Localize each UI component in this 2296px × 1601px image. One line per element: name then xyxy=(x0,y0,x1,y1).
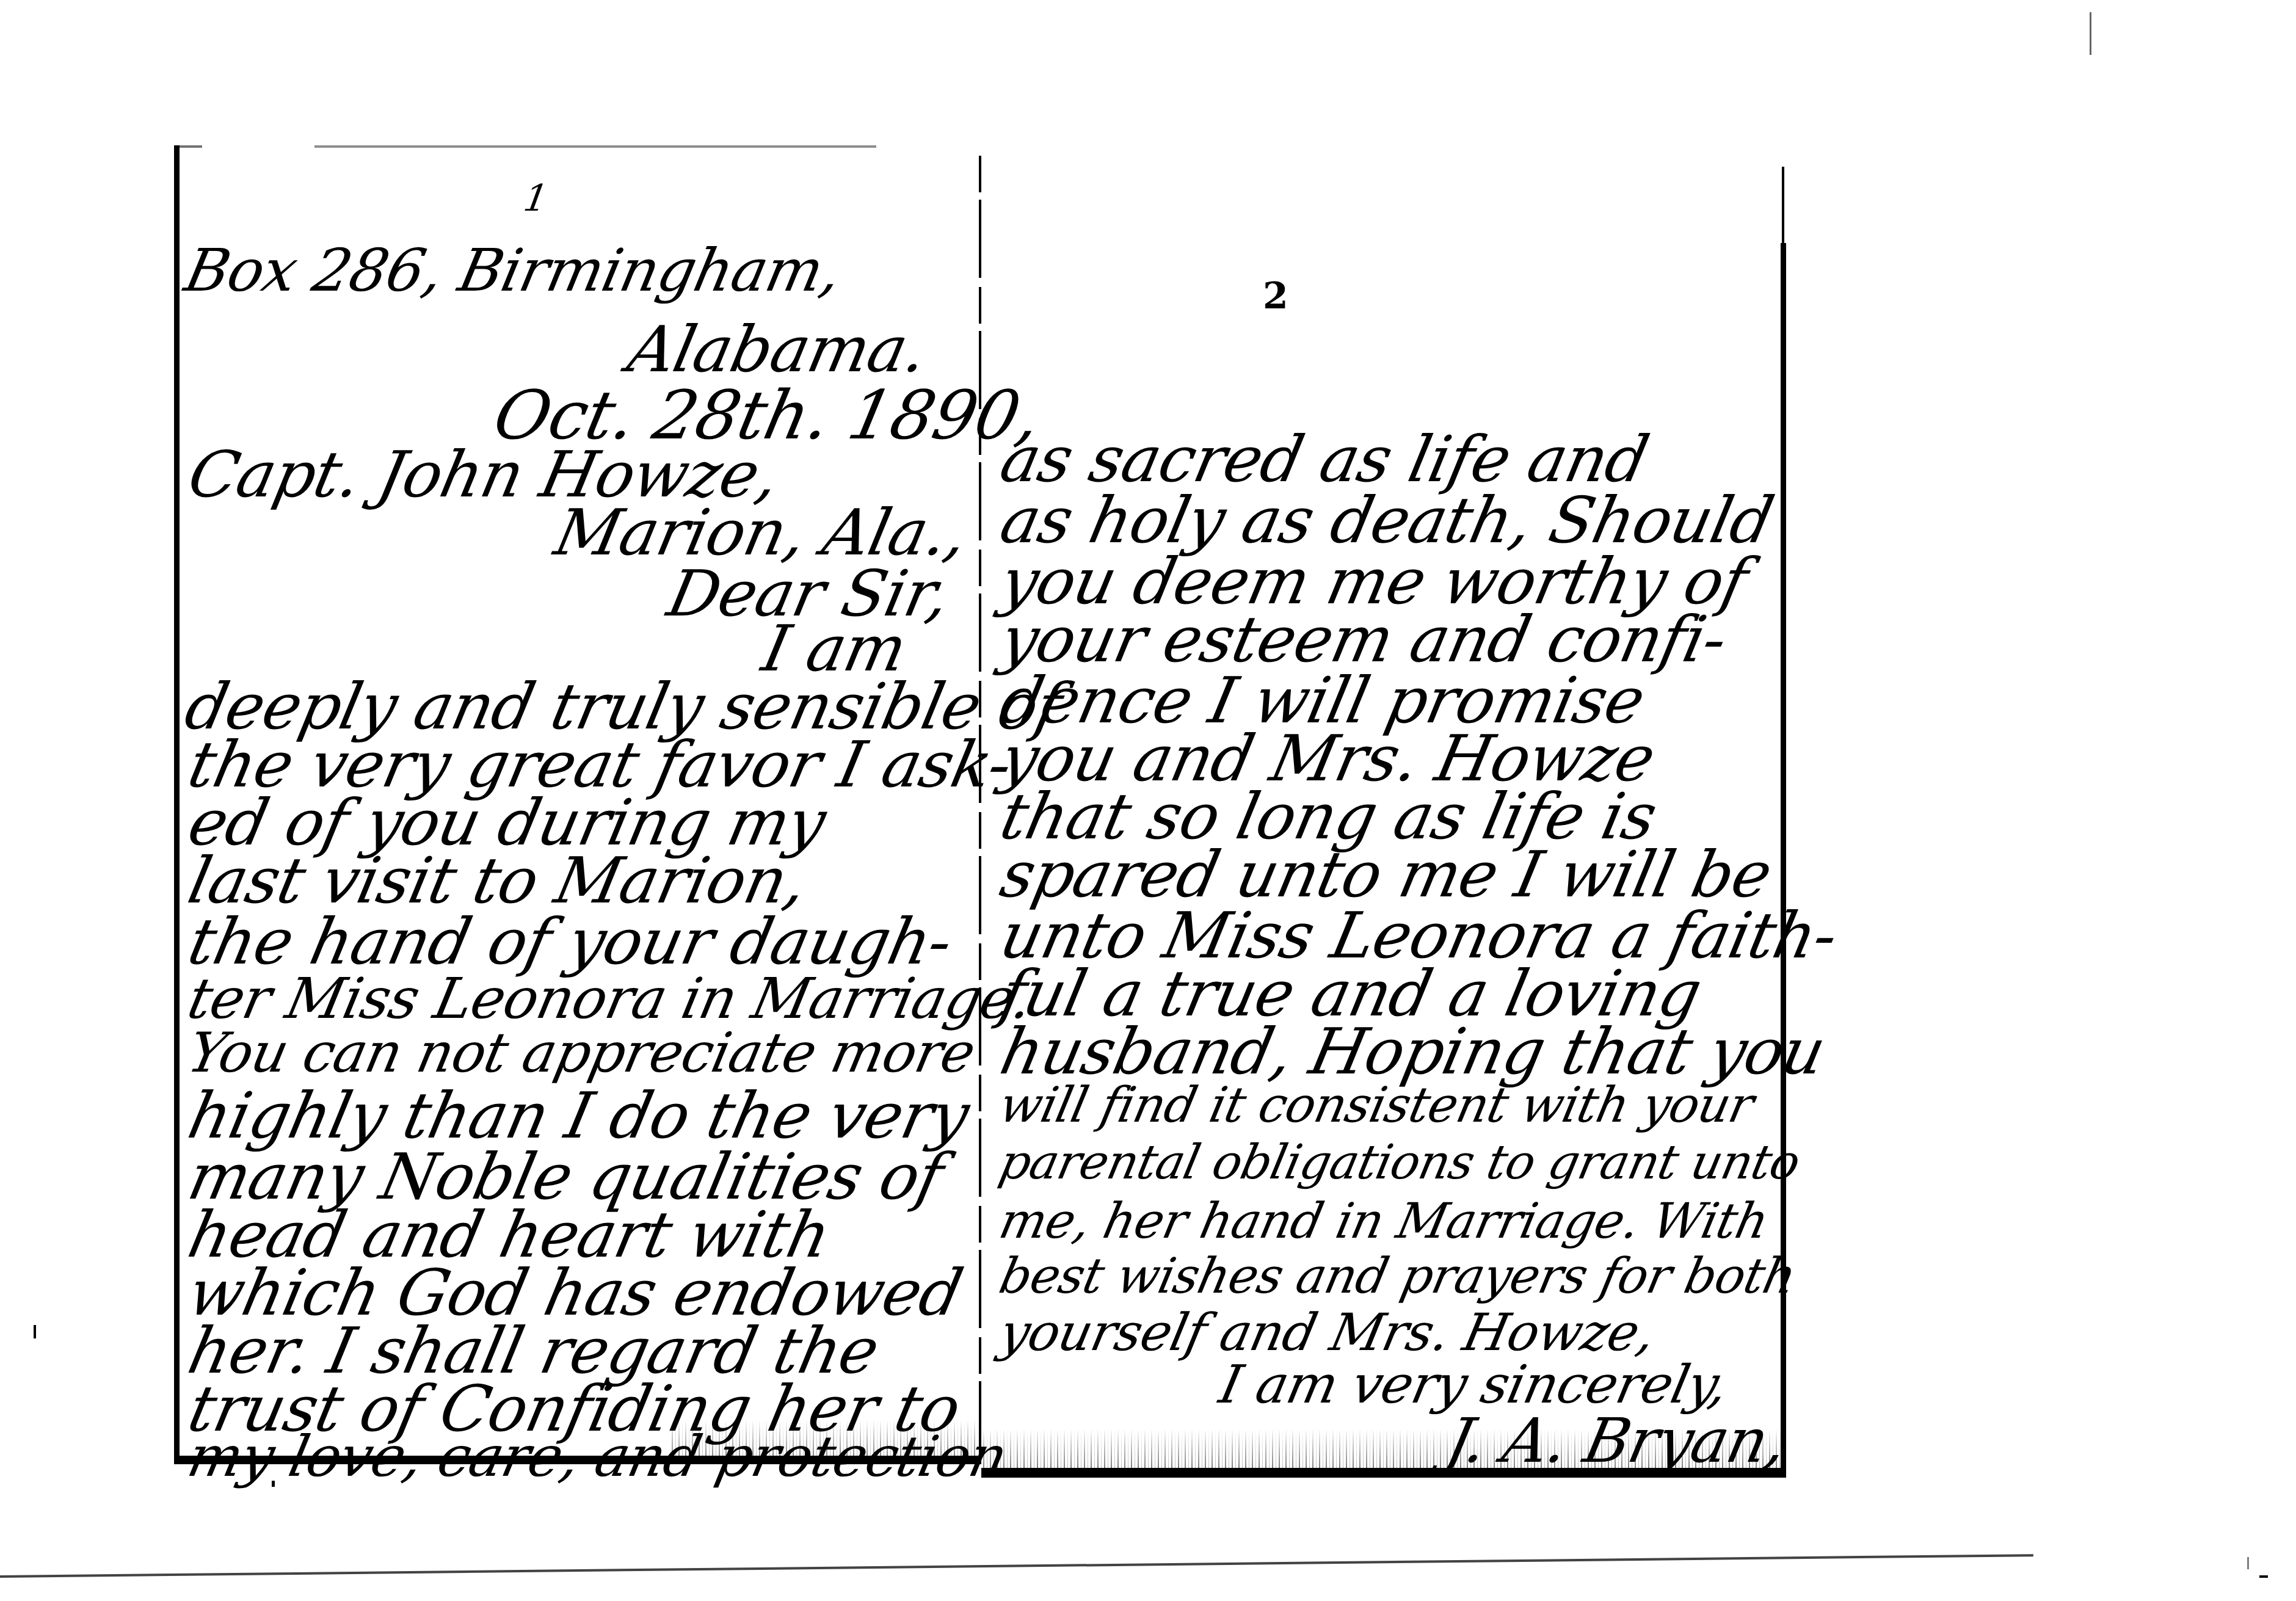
right-line-16: yourself and Mrs. Howze, xyxy=(995,1307,1659,1358)
left-line-14: my love, care, and protection xyxy=(183,1429,1012,1485)
signature: J. A. Bryan, xyxy=(1441,1410,1792,1472)
scan-speck-left xyxy=(34,1325,36,1338)
address-line: Box 286, Birmingham, xyxy=(180,241,846,300)
right-line-12: will find it consistent with your xyxy=(995,1081,1757,1130)
closing: I am very sincerely, xyxy=(1215,1359,1732,1411)
left-line-4: last visit to Marion, xyxy=(183,849,812,912)
scan-speck-bottom xyxy=(272,1481,275,1487)
scan-mark-top-right xyxy=(2090,12,2091,55)
left-line-8: highly than I do the very xyxy=(183,1084,974,1147)
right-edge-mark xyxy=(1782,167,1784,246)
scanned-letter: 1 2 Box 286, Birmingham, Alabama. Oct. 2… xyxy=(0,0,2296,1601)
right-line-11: husband, Hoping that you xyxy=(995,1020,1830,1083)
right-line-1: as sacred as life and xyxy=(995,427,1654,491)
left-line-5: the hand of your daugh- xyxy=(183,910,957,973)
recipient-place: Marion, Ala., xyxy=(550,501,973,564)
scan-mark-bottom-right xyxy=(2259,1575,2268,1578)
left-line-7: You can not appreciate more xyxy=(183,1026,979,1081)
left-line-6: ter Miss Leonora in Marriage. xyxy=(183,971,1037,1027)
page-number-right: 2 xyxy=(1263,275,1288,318)
top-edge-smudge xyxy=(174,145,876,148)
scan-bottom-edge-line xyxy=(0,1554,2033,1578)
right-line-13: parental obligations to grant unto xyxy=(995,1139,1804,1186)
scan-speck xyxy=(2247,1557,2249,1569)
right-line-14: me, her hand in Marriage. With xyxy=(995,1197,1772,1246)
right-line-2: as holy as death, Should xyxy=(995,488,1778,552)
right-line-15: best wishes and prayers for both xyxy=(995,1252,1800,1301)
right-line-8: spared unto me I will be xyxy=(995,843,1777,906)
state-line: Alabama. xyxy=(623,318,932,381)
right-line-4: your esteem and confi- xyxy=(995,608,1732,671)
